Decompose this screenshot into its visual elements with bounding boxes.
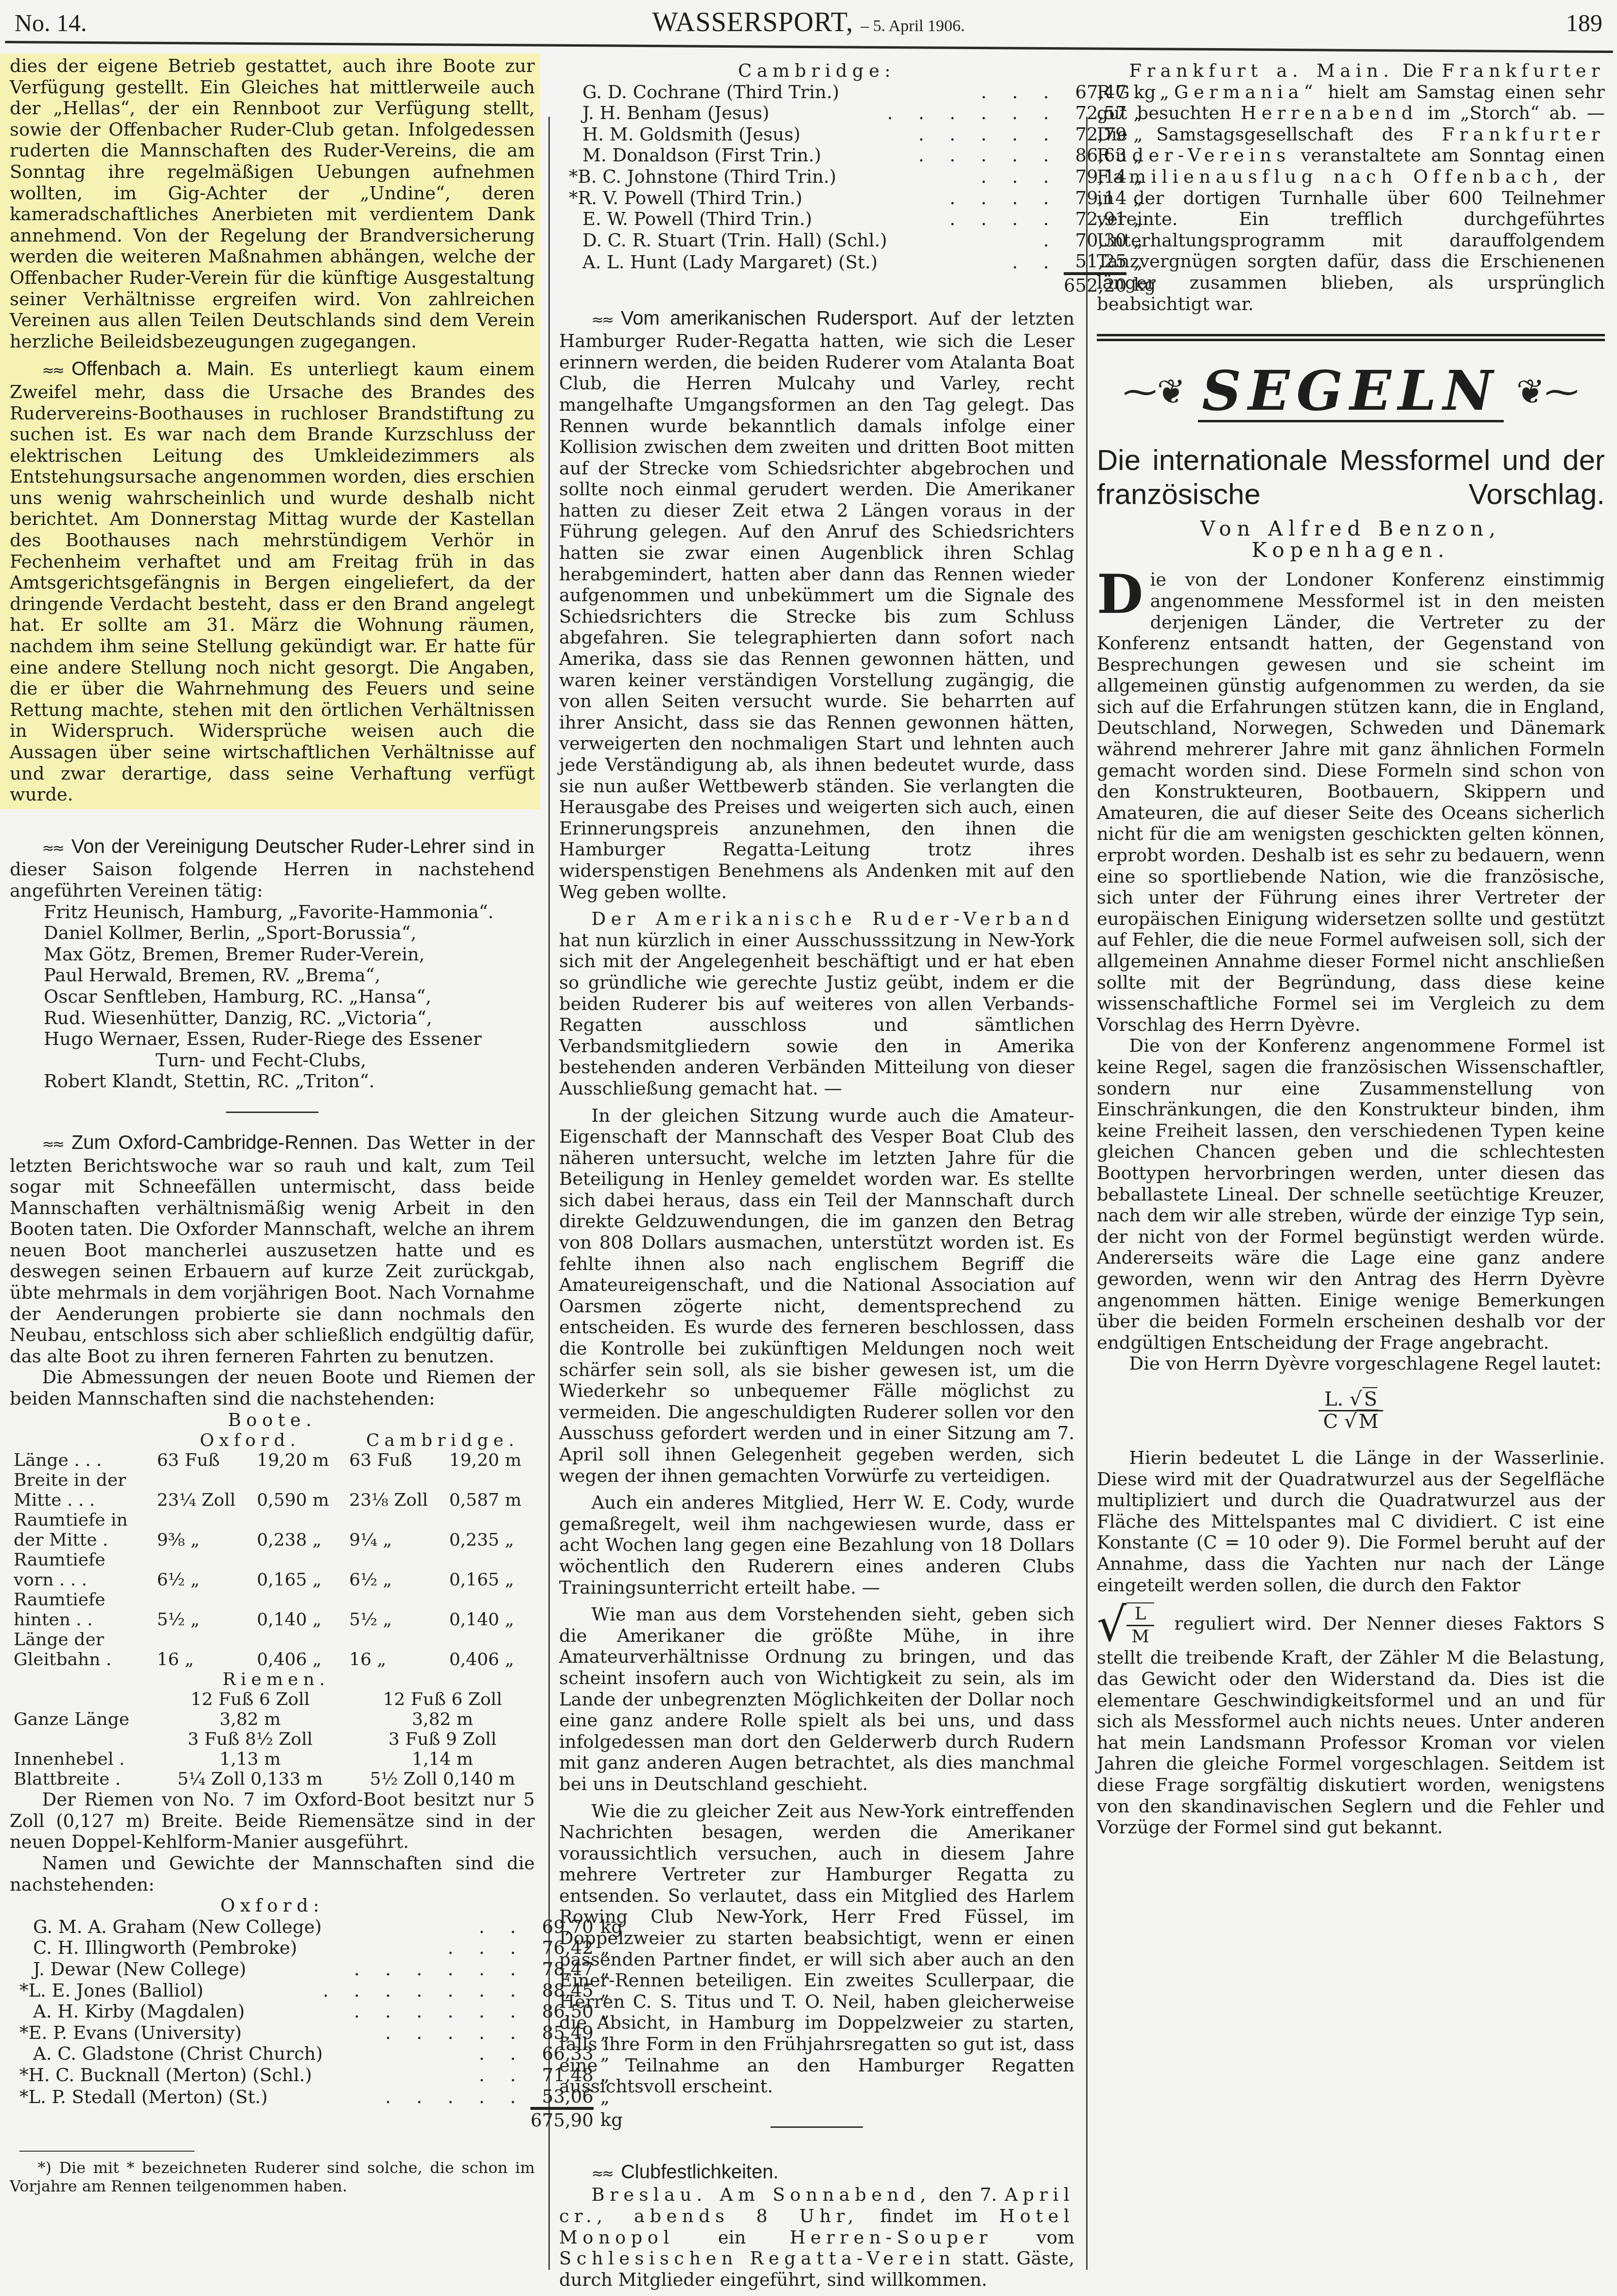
text: findet im (880, 2206, 977, 2226)
scroll-ornament-right-icon: ❦⁓ (1516, 382, 1579, 403)
row-label: Innenhebel . (14, 1729, 154, 1769)
section-heading: Offenbach a. Main. (71, 358, 255, 380)
section-heading: Clubfestlichkeiten. (621, 2161, 779, 2183)
rower-name: *B. C. Johnstone (Third Trin.) (559, 166, 887, 188)
emphasis: Herren-Souper (790, 2227, 992, 2248)
denominator: M (1126, 1626, 1154, 1648)
column-middle: Cambridge: G. D. Cochrane (Third Trin.).… (559, 53, 1074, 2290)
table-row: A. C. Gladstone (Christ Church). .66,33„ (10, 2043, 623, 2065)
table-row: der Mitte .9⅜ „0,238 „9¼ „0,235 „ (14, 1530, 539, 1550)
text: Die (1403, 60, 1433, 81)
table-row: Breite in der (14, 1470, 539, 1490)
rower-name: H. M. Goldsmith (Jesus) (559, 124, 887, 145)
leader-dots: . . . . . . (323, 1959, 530, 1980)
cell: 0,238 „ (254, 1530, 346, 1550)
table-row: Mitte . . .23¼ Zoll0,590 m23⅛ Zoll0,587 … (14, 1490, 539, 1510)
cell: 23⅛ Zoll (346, 1490, 446, 1510)
cell: 19,20 m (446, 1450, 539, 1470)
fraction: L. √S C √M (1318, 1389, 1384, 1433)
leader-dots: . . . . . . (887, 103, 1064, 124)
paragraph: Wie man aus dem Vorstehenden sieht, gebe… (559, 1604, 1074, 1794)
cell: 63 Fuß (346, 1450, 446, 1470)
emphasis: Schlesischen Regatta-Verein (559, 2248, 955, 2269)
rower-name: M. Donaldson (First Trin.) (559, 145, 887, 166)
article-title: Die internationale Messformel und der fr… (1097, 443, 1605, 511)
section-heading: Von der Vereinigung Deutscher Ruder-Lehr… (71, 836, 466, 857)
cambridge-crew-table: G. D. Cochrane (Third Trin.). . .67,47kg… (559, 82, 1156, 296)
cell: 0,165 „ (254, 1570, 346, 1590)
row-label: Mitte . . . (14, 1490, 154, 1510)
cell: 3 Fuß 9 Zoll (388, 1729, 496, 1749)
row-label: der Mitte . (14, 1530, 154, 1550)
text: vom (1037, 2227, 1074, 2248)
table-row: Innenhebel .3 Fuß 8½ Zoll1,13 m3 Fuß 9 Z… (14, 1729, 539, 1769)
table-row: A. L. Hunt (Lady Margaret) (St.). .51,25… (559, 251, 1156, 274)
row-label: Raumtiefe (14, 1550, 154, 1570)
boat-dimensions-table: Oxford. Cambridge. Länge . . .63 Fuß19,2… (14, 1430, 539, 1789)
oxford-cambridge-article: ≈≈Zum Oxford-Cambridge-Rennen. Das Wette… (10, 1132, 535, 1367)
table-row: Länge der (14, 1630, 539, 1650)
cell: 3,82 m (412, 1709, 473, 1729)
section-banner-title: SEGELN (1198, 363, 1503, 422)
separator-rule (226, 1112, 318, 1113)
cell: 0,165 „ (446, 1570, 539, 1590)
cell: 6½ „ (346, 1570, 446, 1590)
column-right: Frankfurt a. Main. Die Frankfurter RG. „… (1097, 53, 1605, 1838)
table-row: Raumtiefe (14, 1590, 539, 1610)
leader-dots: . . (323, 2043, 530, 2065)
paragraph: Hierin bedeutet L die Länge in der Wasse… (1097, 1447, 1605, 1596)
list-item: Rud. Wiesenhütter, Danzig, RC. „Victoria… (10, 1008, 535, 1029)
row-label: Länge . . . (14, 1450, 154, 1470)
table-row: *H. C. Bucknall (Merton) (Schl.). .71,48… (10, 2065, 623, 2086)
american-rowing-article: ≈≈Vom amerikanischen Rudersport. Auf der… (559, 308, 1074, 903)
table-row: M. Donaldson (First Trin.). . . . .86,63… (559, 145, 1156, 166)
rower-name: *H. C. Bucknall (Merton) (Schl.) (10, 2065, 323, 2086)
paragraph: Auch ein anderes Mitglied, Herr W. E. Co… (559, 1492, 1074, 1598)
cell: 5½ „ (346, 1610, 446, 1630)
column-header-oxford: Oxford. (154, 1430, 347, 1450)
title-text: WASSERSPORT, (652, 7, 853, 37)
list-item: Daniel Kollmer, Berlin, „Sport-Borussia“… (10, 922, 535, 944)
list-item: Fritz Heunisch, Hamburg, „Favorite-Hammo… (10, 902, 535, 923)
rower-name: A. H. Kirby (Magdalen) (10, 2001, 323, 2022)
section-heading: Vom amerikanischen Rudersport. (621, 308, 918, 329)
table-row: *L. P. Stedall (Merton) (St.). . . . .53… (10, 2086, 623, 2109)
double-rule (1097, 334, 1605, 341)
paragraph-text: ie von der Londoner Konferenz einstimmig… (1097, 569, 1605, 1035)
cell: 9⅜ „ (154, 1530, 254, 1550)
table-row: Länge . . .63 Fuß19,20 m63 Fuß19,20 m (14, 1450, 539, 1470)
table-row: Ganze Länge12 Fuß 6 Zoll3,82 m12 Fuß 6 Z… (14, 1689, 539, 1729)
leader-dots: . . (323, 1916, 530, 1938)
total-row: 675,90kg (10, 2108, 623, 2131)
paragraph: √ L M reguliert wird. Der Nenner dieses … (1097, 1602, 1605, 1838)
table-row: hinten . .5½ „0,140 „5½ „0,140 „ (14, 1610, 539, 1630)
emphasis: Breslau. Am Sonnabend, (592, 2184, 931, 2205)
cell: 0,590 m (254, 1490, 346, 1510)
rower-name: G. M. A. Graham (New College) (10, 1916, 323, 1938)
highlighted-passage: dies der eigene Betrieb gestattet, auch … (0, 53, 540, 809)
list-item: Robert Klandt, Stettin, RC. „Triton“. (10, 1071, 535, 1092)
drop-cap: D (1097, 572, 1143, 617)
article-body: Das Wetter in der letzten Berichtswoche … (10, 1132, 535, 1367)
leader-dots: . . . (323, 1937, 530, 1959)
lehrer-article: ≈≈Von der Vereinigung Deutscher Ruder-Le… (10, 836, 535, 902)
symbol: L. (1324, 1388, 1343, 1410)
text: den 7. (939, 2184, 997, 2205)
section-ornament-icon: ≈≈ (42, 840, 63, 857)
table-row: *E. P. Evans (University). . . . .85,49„ (10, 2022, 623, 2044)
table-row: Gleitbahn .16 „0,406 „16 „0,406 „ (14, 1650, 539, 1670)
leader-dots: . . . . . . . (323, 1980, 530, 2001)
root-factor: √ L M (1097, 1602, 1154, 1647)
leader-dots: . . . . . (323, 2022, 530, 2044)
article-body: Auf der letzten Hamburger Ruder-Regatta … (559, 308, 1074, 903)
table-subheader: Riemen. (14, 1670, 539, 1689)
cell: 23¼ Zoll (154, 1490, 254, 1510)
row-label: Breite in der (14, 1470, 154, 1490)
text: der in der dortigen Turnhalle über 600 T… (1097, 166, 1605, 314)
cell: 0,140 „ (254, 1610, 346, 1630)
table-header-row: Oxford. Cambridge. (14, 1430, 539, 1450)
symbol: C (1323, 1410, 1338, 1433)
publication-title: WASSERSPORT, – 5. April 1906. (652, 7, 965, 44)
paragraph: Die von der Konferenz angenommene Formel… (1097, 1035, 1605, 1353)
rower-name: A. L. Hunt (Lady Margaret) (St.) (559, 251, 887, 274)
row-label: Länge der (14, 1630, 154, 1650)
table-row: Raumtiefe (14, 1550, 539, 1570)
table-row: G. D. Cochrane (Third Trin.). . .67,47kg (559, 82, 1156, 103)
frankfurt-article: Frankfurt a. Main. Die Frankfurter RG. „… (1097, 60, 1605, 314)
continued-paragraph: dies der eigene Betrieb gestattet, auch … (10, 55, 535, 352)
table-row: E. W. Powell (Third Trin.). . . .72,91„ (559, 209, 1156, 230)
rower-name: *L. P. Stedall (Merton) (St.) (10, 2086, 323, 2109)
row-label: Ganze Länge (14, 1689, 154, 1729)
scroll-ornament-left-icon: ⁓❦ (1123, 382, 1186, 403)
rower-name: C. H. Illingworth (Pembroke) (10, 1937, 323, 1959)
oars-label: Riemen. (14, 1670, 539, 1689)
cell: 0,406 „ (254, 1650, 346, 1670)
issue-date: – 5. April 1906. (861, 17, 965, 35)
leader-dots: . . . . . . (323, 2001, 530, 2022)
footnote-rule (19, 2151, 194, 2152)
radicand: S (1362, 1387, 1377, 1410)
emphasis: Familienausflug nach Offenbach, (1097, 166, 1564, 187)
table-row: *R. V. Powell (Third Trin.). . . .79,14„ (559, 188, 1156, 209)
cell: 12 Fuß 6 Zoll (383, 1689, 502, 1709)
denominator: C √M (1318, 1411, 1384, 1433)
rower-name: J. H. Benham (Jesus) (559, 103, 887, 124)
cell: 5½ „ (154, 1610, 254, 1630)
page-number: 189 (1566, 9, 1602, 44)
table-row: J. H. Benham (Jesus). . . . . .72,57„ (559, 103, 1156, 124)
leader-dots: . . . . (887, 209, 1064, 230)
text: ein (718, 2227, 746, 2248)
table-row: J. Dewar (New College). . . . . .78,47„ (10, 1959, 623, 1980)
numerator: L (1126, 1603, 1154, 1626)
rower-name: A. C. Gladstone (Christ Church) (10, 2043, 323, 2065)
table-row: *B. C. Johnstone (Third Trin.). . .79,14… (559, 166, 1156, 188)
emphasis: Der Amerikanische Ruder-Verband (592, 908, 1074, 929)
cell: 0,406 „ (446, 1650, 539, 1670)
dyevre-formula: L. √S C √M (1097, 1389, 1605, 1433)
emphasis: Herrenabend (1241, 103, 1418, 123)
cell: 16 „ (154, 1650, 254, 1670)
list-item: Hugo Wernaer, Essen, Ruder-Riege des Ess… (10, 1028, 535, 1050)
cell: 5½ Zoll 0,140 m (346, 1769, 539, 1789)
club-events-body: Breslau. Am Sonnabend, den 7. April cr.,… (559, 2184, 1074, 2290)
section-ornament-icon: ≈≈ (42, 362, 63, 379)
leader-dots: . . . (887, 82, 1064, 103)
cambridge-crew-label: Cambridge: (559, 60, 1074, 82)
row-label: Raumtiefe (14, 1590, 154, 1610)
oxford-crew-table: G. M. A. Graham (New College). .69,70kg … (10, 1916, 623, 2131)
oars-note: Der Riemen von No. 7 im Oxford-Boot besi… (10, 1789, 535, 1853)
text: veranstaltete am Sonntag einen (1301, 145, 1605, 166)
column-header-cambridge: Cambridge. (346, 1430, 539, 1450)
leader-dots: . (887, 230, 1064, 251)
section-heading: Frankfurt a. Main. (1129, 60, 1394, 81)
dimensions-intro: Die Abmessungen der neuen Boote und Riem… (10, 1367, 535, 1409)
paragraph: Die von der Londoner Konferenz einstimmi… (1097, 569, 1605, 1035)
rower-name: E. W. Powell (Third Trin.) (559, 209, 887, 230)
fraction: L M (1126, 1602, 1154, 1647)
numerator: L. √S (1318, 1389, 1384, 1412)
column-divider (1086, 117, 1088, 2270)
paragraph-text: hat nun kürzlich in einer Ausschusssitzu… (559, 930, 1074, 1099)
footnote: *) Die mit * bezeichneten Ruderer sind s… (10, 2158, 535, 2195)
row-label: Gleitbahn . (14, 1650, 154, 1670)
table-row: G. M. A. Graham (New College). .69,70kg (10, 1916, 623, 1938)
section-ornament-icon: ≈≈ (42, 1136, 63, 1153)
club-events-heading: ≈≈Clubfestlichkeiten. (559, 2162, 1074, 2185)
table-row: C. H. Illingworth (Pembroke). . .76,42„ (10, 1937, 623, 1959)
row-label: vorn . . . (14, 1570, 154, 1590)
table-row: Raumtiefe in (14, 1510, 539, 1530)
cell: 0,140 „ (446, 1610, 539, 1630)
rower-name: *R. V. Powell (Third Trin.) (559, 188, 887, 209)
table-row: D. C. R. Stuart (Trin. Hall) (Schl.).70,… (559, 230, 1156, 251)
paragraph: Wie die zu gleicher Zeit aus New-York ei… (559, 1801, 1074, 2097)
table-row: H. M. Goldsmith (Jesus). . . . .72,79„ (559, 124, 1156, 145)
cell: 3,82 m (220, 1709, 281, 1729)
radicand: M (1356, 1409, 1378, 1433)
leader-dots: . . . . . (887, 145, 1064, 166)
cell: 19,20 m (254, 1450, 346, 1470)
boats-label: Boote. (10, 1409, 535, 1431)
cell: 9¼ „ (346, 1530, 446, 1550)
rower-name: G. D. Cochrane (Third Trin.) (559, 82, 887, 103)
paragraph: In der gleichen Sitzung wurde auch die A… (559, 1105, 1074, 1487)
separator-rule (771, 2126, 863, 2128)
issue-number: No. 14. (15, 9, 87, 44)
cell: 63 Fuß (154, 1450, 254, 1470)
table-row: vorn . . .6½ „0,165 „6½ „0,165 „ (14, 1570, 539, 1590)
leader-dots: . . . . . (887, 124, 1064, 145)
cell: 1,14 m (412, 1749, 473, 1769)
cell: 16 „ (346, 1650, 446, 1670)
list-item: Paul Herwald, Bremen, RV. „Brema“, (10, 965, 535, 986)
table-row: Blattbreite .5¼ Zoll 0,133 m5½ Zoll 0,14… (14, 1769, 539, 1789)
radical-sign-icon: √ (1097, 1605, 1126, 1644)
list-item: Turn- und Fecht-Clubs, (10, 1050, 535, 1071)
total-row: 652,20kg (559, 274, 1156, 296)
leader-dots: . . (323, 2065, 530, 2086)
cell: 0,235 „ (446, 1530, 539, 1550)
cell: 6½ „ (154, 1570, 254, 1590)
masthead: No. 14. WASSERSPORT, – 5. April 1906. 18… (15, 0, 1602, 44)
table-row: *L. E. Jones (Balliol). . . . . . .88,45… (10, 1980, 623, 2001)
section-ornament-icon: ≈≈ (592, 312, 612, 329)
section-banner: ⁓❦ SEGELN ❦⁓ (1097, 356, 1605, 429)
leader-dots: . . . (887, 166, 1064, 188)
rower-name: J. Dewar (New College) (10, 1959, 323, 1980)
cell: 5¼ Zoll 0,133 m (154, 1769, 347, 1789)
article-body: Es unterliegt kaum einem Zweifel mehr, d… (10, 359, 535, 805)
crew-intro: Namen und Gewichte der Mannschaften sind… (10, 1853, 535, 1895)
section-heading: Zum Oxford-Cambridge-Rennen. (71, 1132, 358, 1153)
section-ornament-icon: ≈≈ (592, 2165, 612, 2182)
list-item: Oscar Senftleben, Hamburg, RC. „Hansa“, (10, 986, 535, 1008)
row-label: hinten . . (14, 1610, 154, 1630)
table-row: A. H. Kirby (Magdalen). . . . . .86,50„ (10, 2001, 623, 2022)
rower-name: *E. P. Evans (University) (10, 2022, 323, 2044)
cell: 12 Fuß 6 Zoll (191, 1689, 310, 1709)
row-label: Raumtiefe in (14, 1510, 154, 1530)
leader-dots: . . (887, 251, 1064, 274)
cell: 1,13 m (220, 1749, 281, 1769)
column-left: dies der eigene Betrieb gestattet, auch … (0, 53, 540, 2195)
cell: 3 Fuß 8½ Zoll (188, 1729, 313, 1749)
offenbach-article: ≈≈Offenbach a. Main. Es unterliegt kaum … (10, 359, 535, 805)
leader-dots: . . . . . (323, 2086, 530, 2109)
row-label: Blattbreite . (14, 1769, 154, 1789)
cell: 0,587 m (446, 1490, 539, 1510)
paragraph: Der Amerikanische Ruder-Verband hat nun … (559, 908, 1074, 1099)
paragraph: Die von Herrn Dyèvre vorgeschlagene Rege… (1097, 1353, 1605, 1374)
list-item: Max Götz, Bremen, Bremer Ruder-Verein, (10, 944, 535, 965)
oxford-crew-label: Oxford: (10, 1895, 535, 1916)
article-byline: Von Alfred Benzon, Kopenhagen. (1097, 518, 1605, 560)
paragraph-text: reguliert wird. Der Nenner dieses Faktor… (1097, 1613, 1605, 1838)
rower-name: *L. E. Jones (Balliol) (10, 1980, 323, 2001)
rower-name: D. C. R. Stuart (Trin. Hall) (Schl.) (559, 230, 887, 251)
leader-dots: . . . . (887, 188, 1064, 209)
